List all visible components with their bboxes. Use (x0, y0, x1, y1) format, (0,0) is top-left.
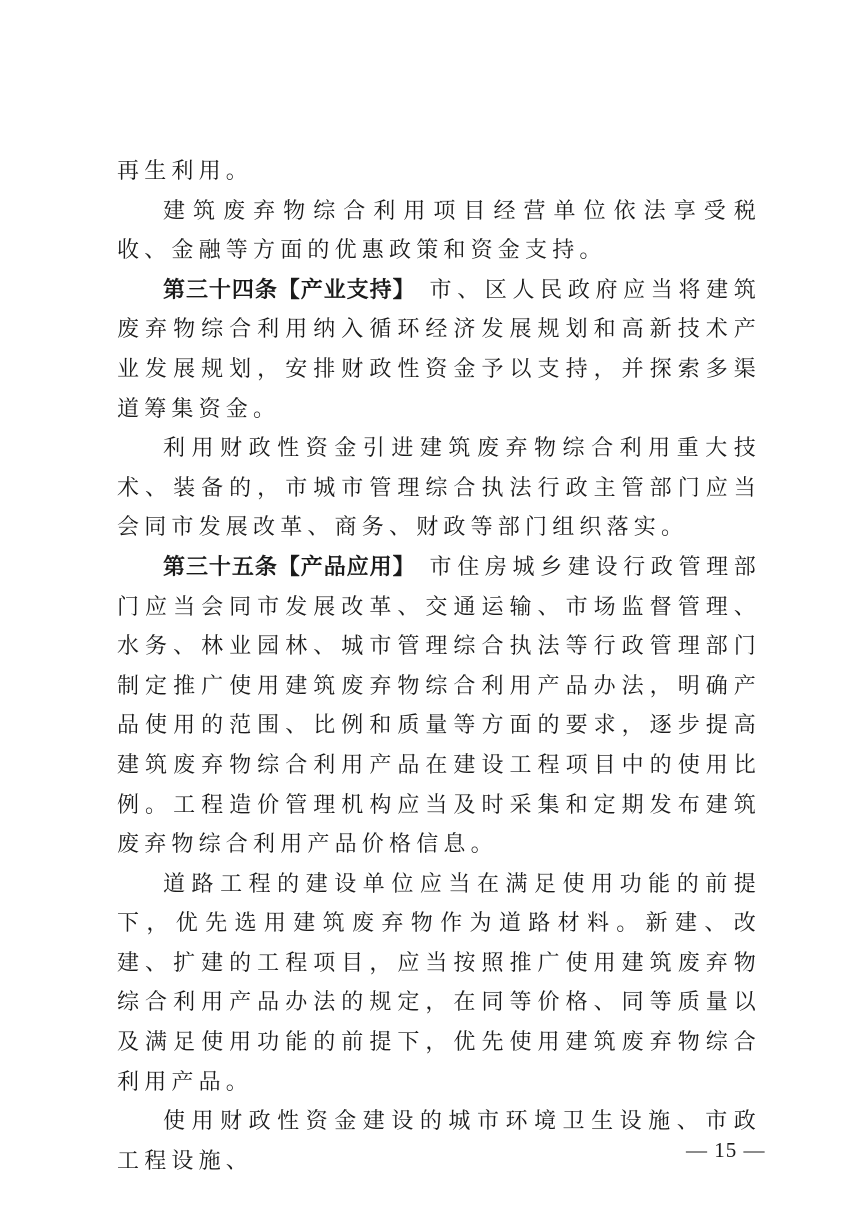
paragraph-text: 使用财政性资金建设的城市环境卫生设施、市政工程设施、 (117, 1109, 761, 1174)
paragraph-text: 利用财政性资金引进建筑废弃物综合利用重大技术、装备的，市城市管理综合执法行政主管… (117, 436, 761, 540)
paragraph-text: 再生利用。 (117, 159, 253, 184)
document-body: 再生利用。 建筑废弃物综合利用项目经营单位依法享受税收、金融等方面的优惠政策和资… (117, 152, 761, 1181)
paragraph-funding-support: 建筑废弃物综合利用项目经营单位依法享受税收、金融等方面的优惠政策和资金支持。 (117, 192, 761, 271)
article-title: 第三十五条【产品应用】 (163, 555, 416, 580)
paragraph-text: 道路工程的建设单位应当在满足使用功能的前提下，优先选用建筑废弃物作为道路材料。新… (117, 872, 761, 1095)
paragraph-text: 市住房城乡建设行政管理部门应当会同市发展改革、交通运输、市场监督管理、水务、林业… (117, 555, 761, 857)
paragraph-technology-import: 利用财政性资金引进建筑废弃物综合利用重大技术、装备的，市城市管理综合执法行政主管… (117, 429, 761, 548)
article-title: 第三十四条【产业支持】 (163, 278, 416, 303)
article-34-industry-support: 第三十四条【产业支持】市、区人民政府应当将建筑废弃物综合利用纳入循环经济发展规划… (117, 271, 761, 429)
paragraph-public-funding-facilities: 使用财政性资金建设的城市环境卫生设施、市政工程设施、 (117, 1102, 761, 1181)
paragraph-continuation: 再生利用。 (117, 152, 761, 192)
article-35-product-application: 第三十五条【产品应用】市住房城乡建设行政管理部门应当会同市发展改革、交通运输、市… (117, 548, 761, 865)
paragraph-road-engineering: 道路工程的建设单位应当在满足使用功能的前提下，优先选用建筑废弃物作为道路材料。新… (117, 865, 761, 1103)
page-number: — 15 — (686, 1138, 766, 1163)
paragraph-text: 建筑废弃物综合利用项目经营单位依法享受税收、金融等方面的优惠政策和资金支持。 (117, 199, 761, 264)
